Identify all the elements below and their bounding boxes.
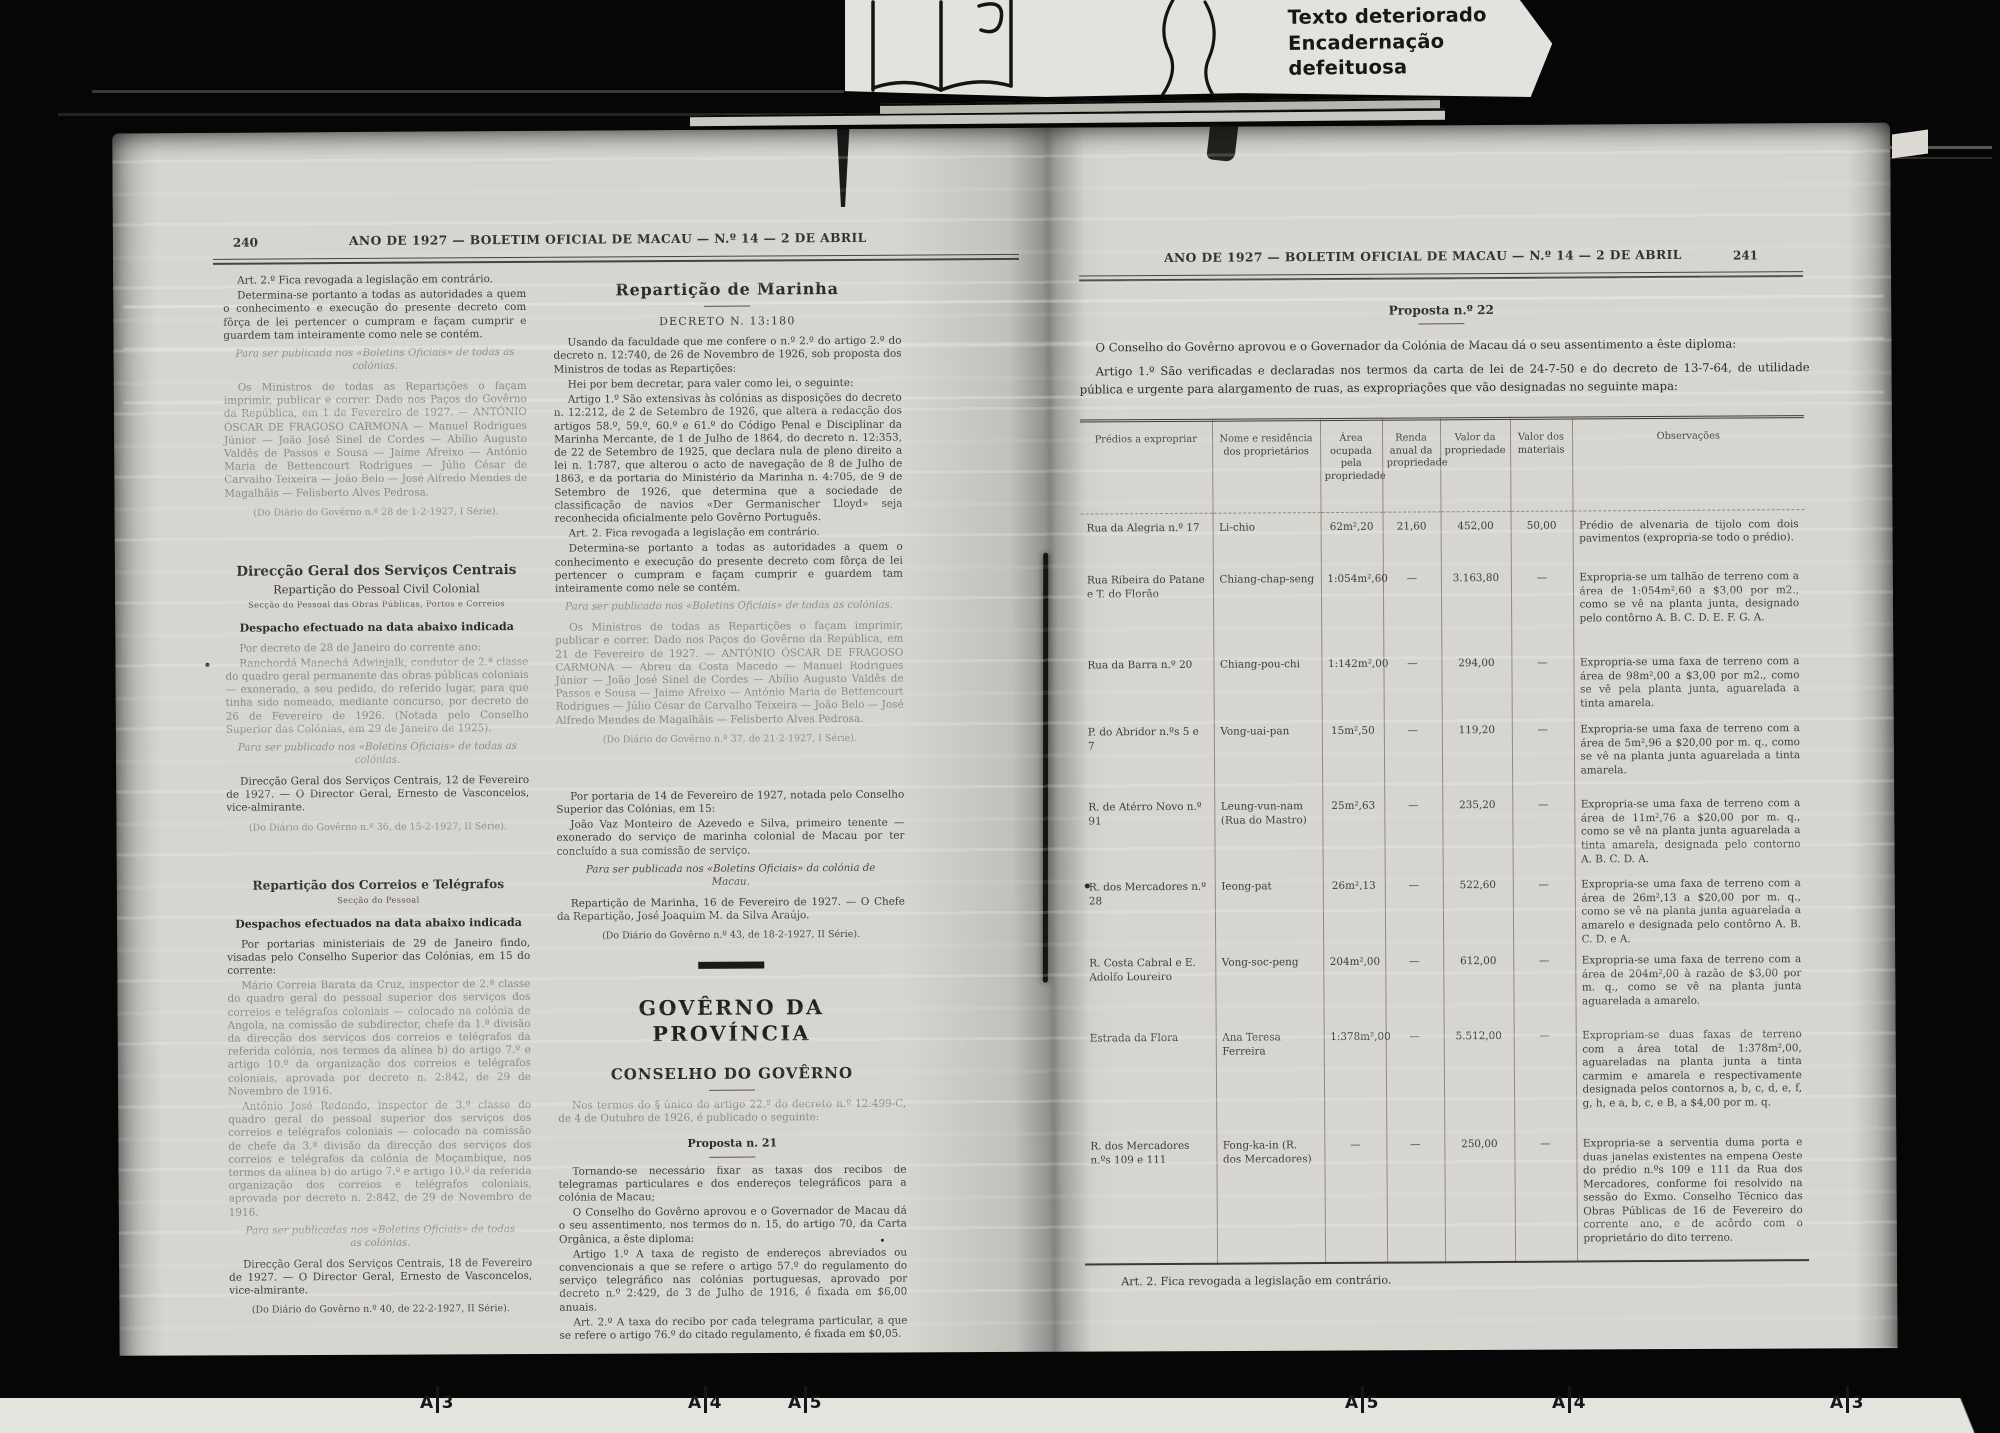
proposta-22-intro: O Conselho do Govêrno aprovou e o Govern… (1079, 335, 1809, 405)
marker-letter: A (688, 1393, 701, 1413)
cell-renda: 21,60 (1383, 512, 1441, 565)
cell-renda: — (1385, 872, 1443, 948)
film-scratch (92, 90, 844, 93)
publication-note: Para ser publicada nos «Boletins Oficiai… (567, 862, 895, 890)
paragraph: Por decreto de 28 de Janeiro do corrente… (225, 641, 528, 656)
cell-valor-materiais: — (1512, 716, 1574, 791)
table-row: R. dos Mercadores n.ºs 109 e 111 Fong-ka… (1084, 1128, 1809, 1264)
decree-number: DECRETO N. 13:180 (553, 314, 901, 330)
left-running-head: ANO DE 1927 — BOLETIM OFICIAL DE MACAU —… (283, 229, 933, 248)
cell-valor-materiais: — (1512, 791, 1574, 871)
cell-observacoes: Expropria-se a serventia duma porta e du… (1576, 1128, 1809, 1261)
source-line: (Do Diário do Govêrno n.º 28 de 1-2-1927… (224, 506, 527, 520)
open-book-icon (859, 0, 1029, 97)
document-spread: 240 ANO DE 1927 — BOLETIM OFICIAL DE MAC… (112, 123, 1898, 1392)
department-heading: Repartição de Marinha (553, 279, 901, 308)
table-row: R. dos Mercadores n.º 28 Ieong-pat 26m²,… (1083, 870, 1807, 950)
cell-valor-propriedade: 612,00 (1443, 947, 1513, 1022)
col-header-area: Área ocupada pela propriedade (1320, 419, 1383, 512)
film-light-leak (1892, 129, 1928, 158)
col-header-observacoes: Observações (1572, 417, 1805, 511)
left-page-column-2: Repartição de Marinha DECRETO N. 13:180 … (553, 271, 908, 1345)
cell-nome: Vong-soc-peng (1215, 948, 1323, 1024)
film-stamp-area: Texto deteriorado Encadernação defeituos… (845, 0, 1563, 97)
spine-crease (1043, 553, 1048, 983)
marker-bar (1361, 1386, 1364, 1413)
cell-observacoes: Expropria-se uma faxa de terreno com a á… (1573, 648, 1805, 716)
cell-area: — (1324, 1131, 1387, 1263)
marker-letter: A (420, 1393, 433, 1413)
paragraph: Artigo 1.º A taxa de registo de endereço… (559, 1246, 907, 1314)
paragraph: Determina-se portanto a todas as autorid… (555, 541, 903, 596)
cell-area: 26m²,13 (1323, 872, 1385, 948)
fold-tear-mark (834, 127, 852, 207)
paragraph: Mário Correia Barata da Cruz, inspector … (227, 978, 531, 1099)
cell-nome: Chiang-pou-chi (1213, 651, 1321, 719)
ink-blot (1206, 123, 1238, 162)
source-line: (Do Diário do Govêrno n.º 40, de 22-2-19… (229, 1303, 532, 1317)
paragraph: Art. 2. Fica revogada a legislação em co… (555, 526, 903, 541)
table-row: R. de Atérro Novo n.º 91 Leung-vun-nam (… (1082, 790, 1806, 874)
cell-predio: R. Costa Cabral e E. Adolfo Loureiro (1083, 949, 1215, 1025)
paragraph: Tornando-se necessário fixar as taxas do… (558, 1163, 906, 1205)
council-heading: CONSELHO DO GOVÊRNO (558, 1064, 906, 1092)
cell-valor-propriedade: 522,60 (1443, 871, 1513, 947)
col-header-predios: Prédios a expropriar (1080, 420, 1213, 514)
cell-predio: R. dos Mercadores n.º 28 (1083, 873, 1215, 949)
cell-valor-materiais: — (1511, 649, 1573, 716)
cell-nome: Vong-uai-pan (1214, 718, 1322, 794)
marker-bar (804, 1386, 807, 1413)
paragraph: Os Ministros de todas as Repartições o f… (224, 380, 528, 501)
frame-marker: A4 (688, 1386, 722, 1413)
cell-predio: Rua Ribeira do Patane e T. do Florão (1081, 566, 1214, 652)
cell-area: 62m²,20 (1321, 512, 1383, 565)
section-heading: Repartição dos Correios e Telégrafos (227, 877, 530, 894)
marker-number: 3 (442, 1393, 454, 1413)
cell-observacoes: Expropriam-se duas faxas de terreno com … (1576, 1020, 1809, 1129)
paragraph: António José Redondo, inspector de 3.ª c… (228, 1099, 532, 1220)
paragraph: Art. 2.º A taxa do recibo por cada teleg… (559, 1314, 907, 1343)
paragraph: Artigo 1.º São extensivas às colónias as… (554, 392, 903, 526)
marker-bar (1846, 1386, 1849, 1413)
cell-area: 25m²,63 (1322, 792, 1384, 872)
cell-area: 1:378m²,00 (1324, 1023, 1387, 1131)
cell-observacoes: Expropria-se um talhão de terreno com a … (1573, 563, 1806, 649)
table-row: Rua Ribeira do Patane e T. do Florão Chi… (1081, 563, 1806, 652)
ink-speck (205, 663, 209, 667)
cell-renda: — (1386, 1022, 1445, 1130)
cell-predio: Estrada da Flora (1084, 1024, 1217, 1133)
cell-predio: P. do Abridor n.ºs 5 e 7 (1082, 718, 1214, 794)
paragraph: O Conselho do Govêrno aprovou e o Govern… (559, 1205, 907, 1247)
cell-nome: Leung-vun-nam (Rua do Mastro) (1214, 793, 1322, 874)
marker-letter: A (1830, 1393, 1843, 1413)
publication-note: Para ser publicada nos «Boletins Oficiai… (233, 347, 516, 375)
frame-marker: A4 (1552, 1386, 1586, 1413)
cell-valor-propriedade: 452,00 (1441, 511, 1511, 564)
signature-line: Direcção Geral dos Serviços Centrais, 12… (226, 774, 529, 815)
cell-observacoes: Expropria-se uma faxa de terreno com a á… (1575, 945, 1807, 1021)
section-subheading: Repartição do Pessoal Civil Colonial (225, 582, 528, 598)
paragraph: Usando da faculdade que me confere o n.º… (553, 335, 901, 377)
header-rule (213, 254, 1019, 265)
paragraph: Nos termos do § único do artigo 22.º do … (558, 1098, 906, 1127)
cell-nome: Fong-ka-in (R. dos Mercadores) (1216, 1131, 1325, 1264)
left-page-number: 240 (233, 236, 258, 250)
publication-note: Para ser publicado nos «Boletins Oficiai… (236, 741, 519, 769)
marker-bar (1568, 1386, 1571, 1413)
government-heading: GOVÊRNO DA PROVÍNCIA (557, 994, 905, 1048)
cell-area: 204m²,00 (1323, 948, 1385, 1023)
cell-predio: R. de Atérro Novo n.º 91 (1082, 793, 1214, 874)
cell-valor-materiais: — (1513, 871, 1575, 947)
source-line: (Do Diário do Govêrno n.º 37, de 21-2-19… (556, 732, 904, 746)
paragraph: Por portarias ministeriais de 29 de Jane… (227, 936, 530, 977)
cell-nome: Li-chio (1213, 513, 1321, 567)
left-page-column-1: Art. 2.º Fica revogada a legislação em c… (223, 273, 532, 1329)
table-row: Rua da Barra n.º 20 Chiang-pou-chi 1:142… (1081, 648, 1805, 719)
cell-renda: — (1383, 565, 1442, 650)
marker-letter: A (1345, 1393, 1358, 1413)
section-subheading-small: Secção do Pessoal das Obras Públicas, Po… (225, 598, 528, 610)
cell-valor-materiais: 50,00 (1511, 511, 1573, 564)
proposta-21-heading: Proposta n. 21 (558, 1135, 906, 1158)
marker-number: 5 (1367, 1393, 1379, 1413)
marker-number: 5 (810, 1393, 822, 1413)
cell-valor-propriedade: 5.512,00 (1444, 1022, 1515, 1130)
cell-nome: Chiang-chap-seng (1213, 566, 1322, 652)
cell-area: 1:054m²,60 (1321, 565, 1384, 650)
cell-observacoes: Expropria-se uma faxa de terreno com a á… (1574, 715, 1806, 791)
right-running-head: ANO DE 1927 — BOLETIM OFICIAL DE MACAU —… (1113, 247, 1733, 266)
marker-number: 3 (1852, 1393, 1864, 1413)
marker-bar (704, 1386, 707, 1413)
source-line: (Do Diário do Govêrno n.º 36, de 15-2-19… (226, 821, 529, 835)
header-rule (1079, 271, 1803, 281)
col-header-nome: Nome e residência dos proprietários (1212, 420, 1321, 514)
table-row: Estrada da Flora Ana Teresa Ferreira 1:3… (1084, 1020, 1809, 1132)
cell-renda: — (1384, 792, 1442, 872)
despacho-heading: Despacho efectuado na data abaixo indica… (225, 620, 528, 636)
cell-nome: Ana Teresa Ferreira (1216, 1023, 1325, 1132)
marker-bar (436, 1386, 439, 1413)
despacho-heading: Despachos efectuados na data abaixo indi… (227, 915, 530, 931)
cell-renda: — (1386, 1130, 1445, 1262)
section-divider-bar (698, 962, 764, 969)
stamp-line-2: Encadernação defeituosa (1288, 27, 1564, 82)
cell-observacoes: Expropria-se uma faxa de terreno com a á… (1575, 870, 1807, 947)
publication-note: Para ser publicado nos «Boletins Oficiai… (565, 600, 893, 615)
cell-predio: Rua da Alegria n.º 17 (1081, 513, 1213, 567)
frame-marker: A5 (1345, 1386, 1379, 1413)
table-row: R. Costa Cabral e E. Adolfo Loureiro Von… (1083, 945, 1807, 1024)
film-end-wedge (1926, 1398, 2000, 1433)
cell-observacoes: Expropria-se uma faxa de terreno com a á… (1574, 790, 1806, 871)
paragraph: Hei por bem decretar, para valer como le… (554, 377, 902, 392)
paragraph: Art. 2.º Fica revogada a legislação em c… (223, 273, 526, 288)
col-header-valor-propriedade: Valor da propriedade (1440, 418, 1511, 511)
col-header-valor-materiais: Valor dos materiais (1510, 418, 1573, 511)
cell-valor-materiais: — (1514, 1022, 1577, 1130)
expropriation-table: Prédios a expropriar Nome e residência d… (1080, 415, 1809, 1265)
marker-number: 4 (1574, 1393, 1586, 1413)
source-line: (Do Diário do Govêrno n.º 43, de 18-2-19… (557, 929, 905, 943)
table-row: P. do Abridor n.ºs 5 e 7 Vong-uai-pan 15… (1082, 715, 1806, 794)
paragraph: Determina-se portanto a todas as autorid… (223, 288, 526, 343)
section-heading: Direcção Geral dos Serviços Centrais (225, 562, 528, 581)
cell-renda: — (1384, 717, 1442, 792)
stamp-line-1: Texto deteriorado (1287, 1, 1562, 31)
cell-valor-propriedade: 294,00 (1441, 649, 1511, 716)
art2-line: Art. 2. Fica revogada a legislação em co… (1121, 1274, 1391, 1289)
cell-valor-propriedade: 250,00 (1444, 1130, 1515, 1262)
publication-note: Para ser publicadas nos «Boletins Oficia… (239, 1224, 522, 1252)
paragraph: João Vaz Monteiro de Azevedo e Silva, pr… (556, 817, 904, 859)
signature-line: Direcção Geral dos Serviços Centrais, 18… (229, 1257, 532, 1298)
signature-line: Repartição de Marinha, 16 de Fevereiro d… (557, 895, 905, 924)
frame-marker: A3 (420, 1386, 454, 1413)
cell-predio: Rua da Barra n.º 20 (1081, 651, 1213, 719)
paragraph: Por portaria de 14 de Fevereiro de 1927,… (556, 788, 904, 817)
cell-valor-materiais: — (1511, 564, 1574, 649)
cell-valor-propriedade: 235,20 (1442, 791, 1512, 871)
cell-renda: — (1385, 947, 1443, 1022)
table-header-row: Prédios a expropriar Nome e residência d… (1080, 417, 1805, 514)
marker-letter: A (788, 1393, 801, 1413)
table-row: Rua da Alegria n.º 17 Li-chio 62m²,20 21… (1081, 510, 1805, 567)
col-header-renda: Renda anual da propriedade (1382, 419, 1441, 512)
cell-area: 1:142m²,00 (1321, 650, 1383, 717)
paragraph: O Conselho do Govêrno aprovou e o Govern… (1079, 335, 1809, 357)
cell-nome: Ieong-pat (1215, 872, 1323, 948)
cell-valor-materiais: — (1513, 947, 1575, 1022)
microfilm-frame: Texto deteriorado Encadernação defeituos… (0, 0, 2000, 1433)
marker-number: 4 (710, 1393, 722, 1413)
condition-stamp: Texto deteriorado Encadernação defeituos… (1287, 1, 1563, 82)
cell-renda: — (1383, 650, 1441, 717)
frame-marker: A3 (1830, 1386, 1864, 1413)
frame-marker: A5 (788, 1386, 822, 1413)
cell-predio: R. dos Mercadores n.ºs 109 e 111 (1084, 1132, 1217, 1265)
cell-area: 15m²,50 (1322, 717, 1384, 792)
paragraph: Os Ministros de todas as Repartições o f… (555, 620, 904, 728)
cell-valor-materiais: — (1514, 1130, 1577, 1262)
paragraph: Artigo 1.º São verificadas e declaradas … (1080, 359, 1810, 399)
cell-valor-propriedade: 3.163,80 (1441, 564, 1512, 649)
section-subheading-small: Secção do Pessoal (227, 894, 530, 906)
cell-observacoes: Prédio de alvenaria de tijolo com dois p… (1573, 510, 1805, 564)
right-page-number: 241 (1733, 248, 1758, 262)
film-strip: A3 A4 A5 A5 A4 A3 (0, 1398, 2000, 1433)
marker-letter: A (1552, 1393, 1565, 1413)
torn-page-sketch-icon (1113, 0, 1243, 97)
proposta-22-heading: Proposta n.º 22 (1079, 301, 1803, 326)
film-edge-band (0, 1348, 2000, 1405)
cell-valor-propriedade: 119,20 (1442, 716, 1512, 791)
paragraph: Ranchordá Manechá Adwinjalk, condutor de… (225, 656, 528, 737)
